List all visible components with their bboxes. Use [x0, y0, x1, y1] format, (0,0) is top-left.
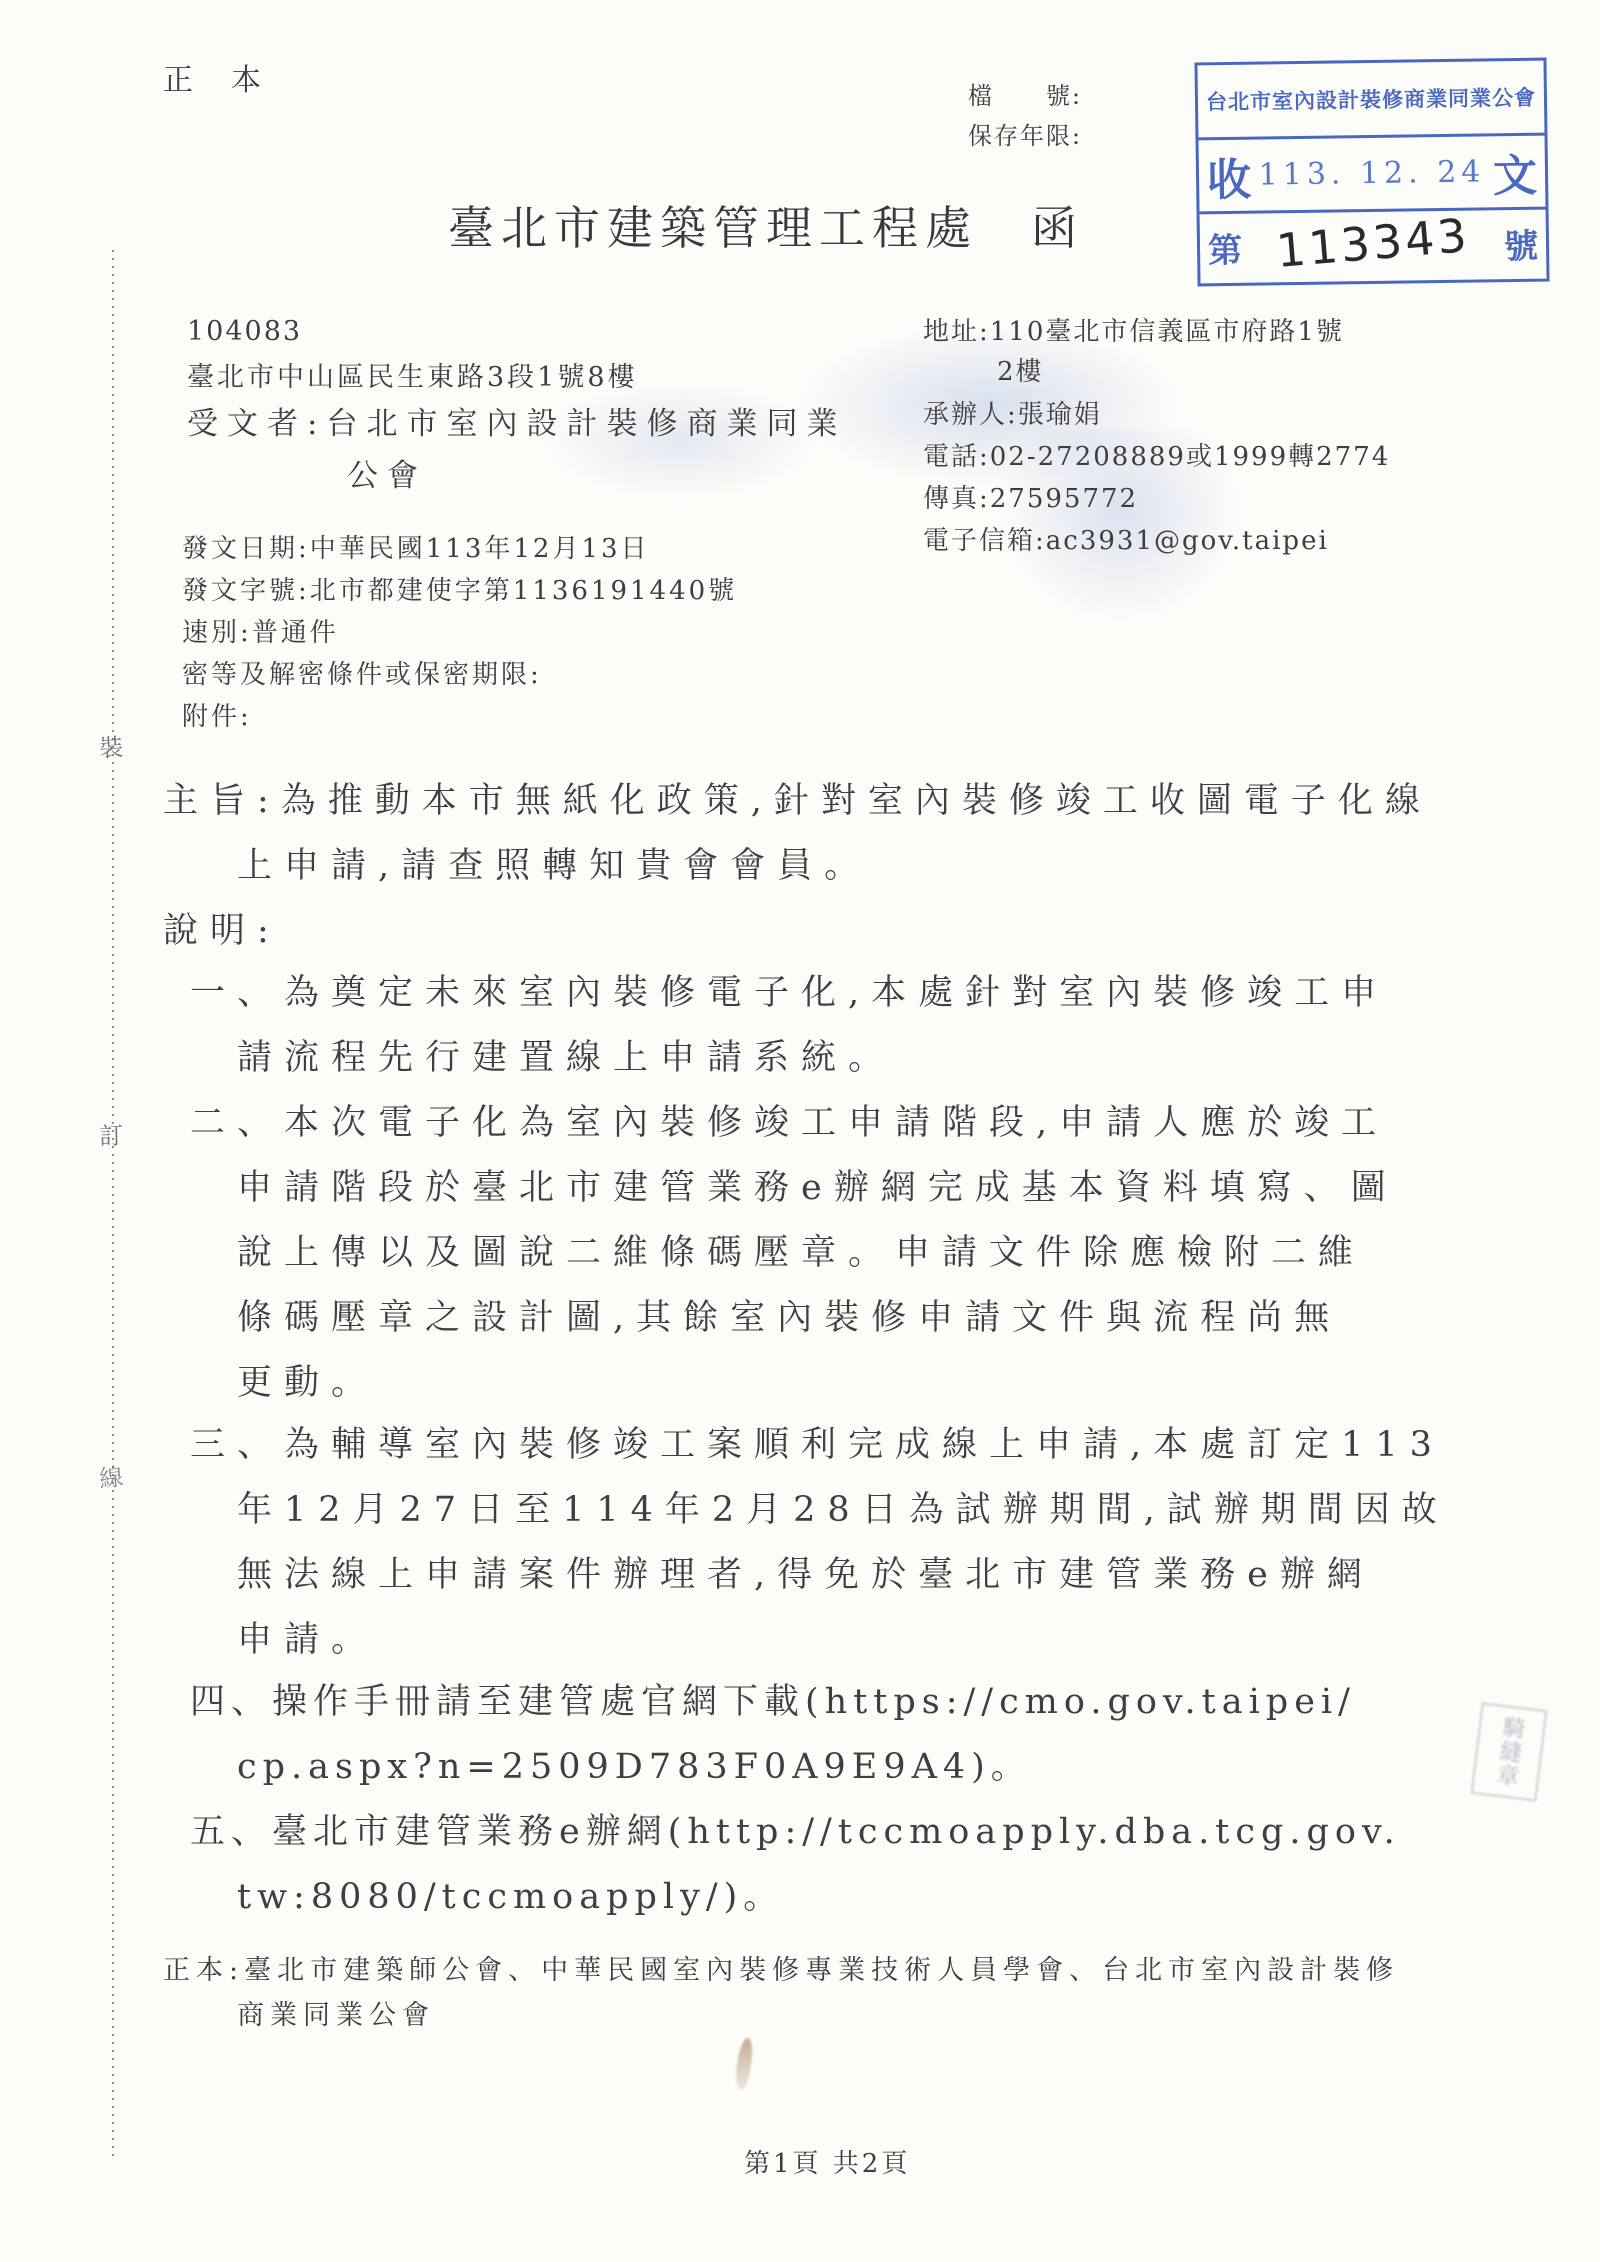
body-line-item3: 三、為輔導室內裝修竣工案順利完成線上申請,本處訂定113: [190, 1417, 1444, 1467]
body-line: 請流程先行建置線上申請系統。: [237, 1030, 895, 1080]
page-number: 第1頁 共2頁: [744, 2143, 910, 2180]
cc-recipients-line2: 商業同業公會: [237, 1993, 435, 2032]
sender-contact-person: 承辦人:張瑜娟: [923, 394, 1102, 431]
body-line-explanation: 說明:: [163, 903, 281, 953]
body-line-url: tw:8080/tccmoapply/)。: [237, 1869, 784, 1919]
body-line: 條碼壓章之設計圖,其餘室內裝修申請文件與流程尚無: [237, 1290, 1341, 1340]
receipt-stamp-number-prefix: 第: [1208, 222, 1243, 271]
cc-recipients-line1: 正本:臺北市建築師公會、中華民國室內裝修專業技術人員學會、台北市室內設計裝修: [163, 1948, 1399, 1987]
document-title: 臺北市建築管理工程處 函: [448, 192, 1084, 258]
recipient-postal-code: 104083: [187, 316, 302, 347]
ink-blot: [734, 2037, 753, 2090]
perforation-seal: 騎縫章: [1471, 1702, 1548, 1801]
scanned-official-letter: 裝 訂 線 正 本 檔 號: 保存年限: 台北市室內設計裝修商業同業公會 收 1…: [0, 0, 1600, 2262]
file-number-label: 檔 號:: [968, 76, 1082, 111]
body-line-url: cp.aspx?n=2509D783F0A9E9A4)。: [237, 1739, 1032, 1789]
sender-fax: 傳真:27595772: [923, 478, 1138, 515]
body-line-item5: 五、臺北市建管業務e辦網(http://tccmoapply.dba.tcg.g…: [190, 1804, 1401, 1854]
receipt-stamp-date-row: 收 113. 12. 24 文: [1199, 136, 1546, 215]
body-line: 更動。: [237, 1355, 378, 1405]
binding-dotted-line: [112, 250, 114, 2160]
body-line: 年12月27日至114年2月28日為試辦期間,試辦期間因故: [237, 1482, 1449, 1532]
dispatch-security: 密等及解密條件或保密期限:: [182, 654, 542, 691]
recipient-address: 臺北市中山區民生東路3段1號8樓: [187, 355, 638, 394]
binding-mark-xian: 線: [97, 1457, 125, 1494]
body-line-item1: 一、為奠定未來室內裝修電子化,本處針對室內裝修竣工申: [190, 965, 1388, 1015]
dispatch-date: 發文日期:中華民國113年12月13日: [182, 528, 650, 565]
body-line: 無法線上申請案件辦理者,得免於臺北市建管業務e辦網: [237, 1547, 1374, 1597]
receipt-stamp-org: 台北市室內設計裝修商業同業公會: [1197, 61, 1544, 141]
body-line: 申請階段於臺北市建管業務e辦網完成基本資料填寫、圖: [237, 1160, 1398, 1210]
sender-address-line1: 地址:110臺北市信義區市府路1號: [923, 311, 1344, 348]
body-line-item4: 四、操作手冊請至建管處官網下載(https://cmo.gov.taipei/: [190, 1674, 1356, 1724]
dispatch-number: 發文字號:北市都建使字第1136191440號: [182, 570, 737, 607]
receipt-stamp-number-handwritten: 113343: [1240, 205, 1506, 281]
receipt-stamp-receive-char: 收: [1207, 143, 1252, 208]
body-line: 申請。: [237, 1612, 378, 1662]
receipt-stamp-number-row: 第 113343 號: [1200, 210, 1547, 281]
binding-mark-zhuang: 裝: [98, 727, 124, 764]
receipt-stamp-doc-char: 文: [1493, 139, 1538, 204]
receipt-stamp-number-suffix: 號: [1504, 218, 1539, 267]
body-line-item2: 二、本次電子化為室內裝修竣工申請階段,申請人應於竣工: [190, 1095, 1388, 1145]
recipient-name-line1: 受文者:台北市室內設計裝修商業同業: [187, 398, 846, 443]
sender-email: 電子信箱:ac3931@gov.taipei: [923, 520, 1329, 557]
copy-type-label: 正 本: [163, 55, 265, 99]
retention-period-label: 保存年限:: [968, 116, 1082, 151]
sender-phone: 電話:02-27208889或1999轉2774: [923, 436, 1390, 473]
body-line: 上申請,請查照轉知貴會會員。: [237, 838, 871, 888]
dispatch-speed: 速別:普通件: [182, 612, 339, 649]
receipt-stamp-date: 113. 12. 24: [1251, 154, 1493, 192]
recipient-name-line2: 公會: [347, 450, 427, 495]
body-line: 說上傳以及圖說二維條碼壓章。申請文件除應檢附二維: [237, 1225, 1365, 1275]
body-line-subject: 主旨:為推動本市無紙化政策,針對室內裝修竣工收圖電子化線: [163, 773, 1432, 823]
binding-mark-ding: 訂: [99, 1116, 124, 1151]
receipt-stamp: 台北市室內設計裝修商業同業公會 收 113. 12. 24 文 第 113343…: [1194, 58, 1549, 287]
sender-address-line2: 2樓: [997, 351, 1044, 388]
dispatch-attachment: 附件:: [182, 696, 252, 733]
